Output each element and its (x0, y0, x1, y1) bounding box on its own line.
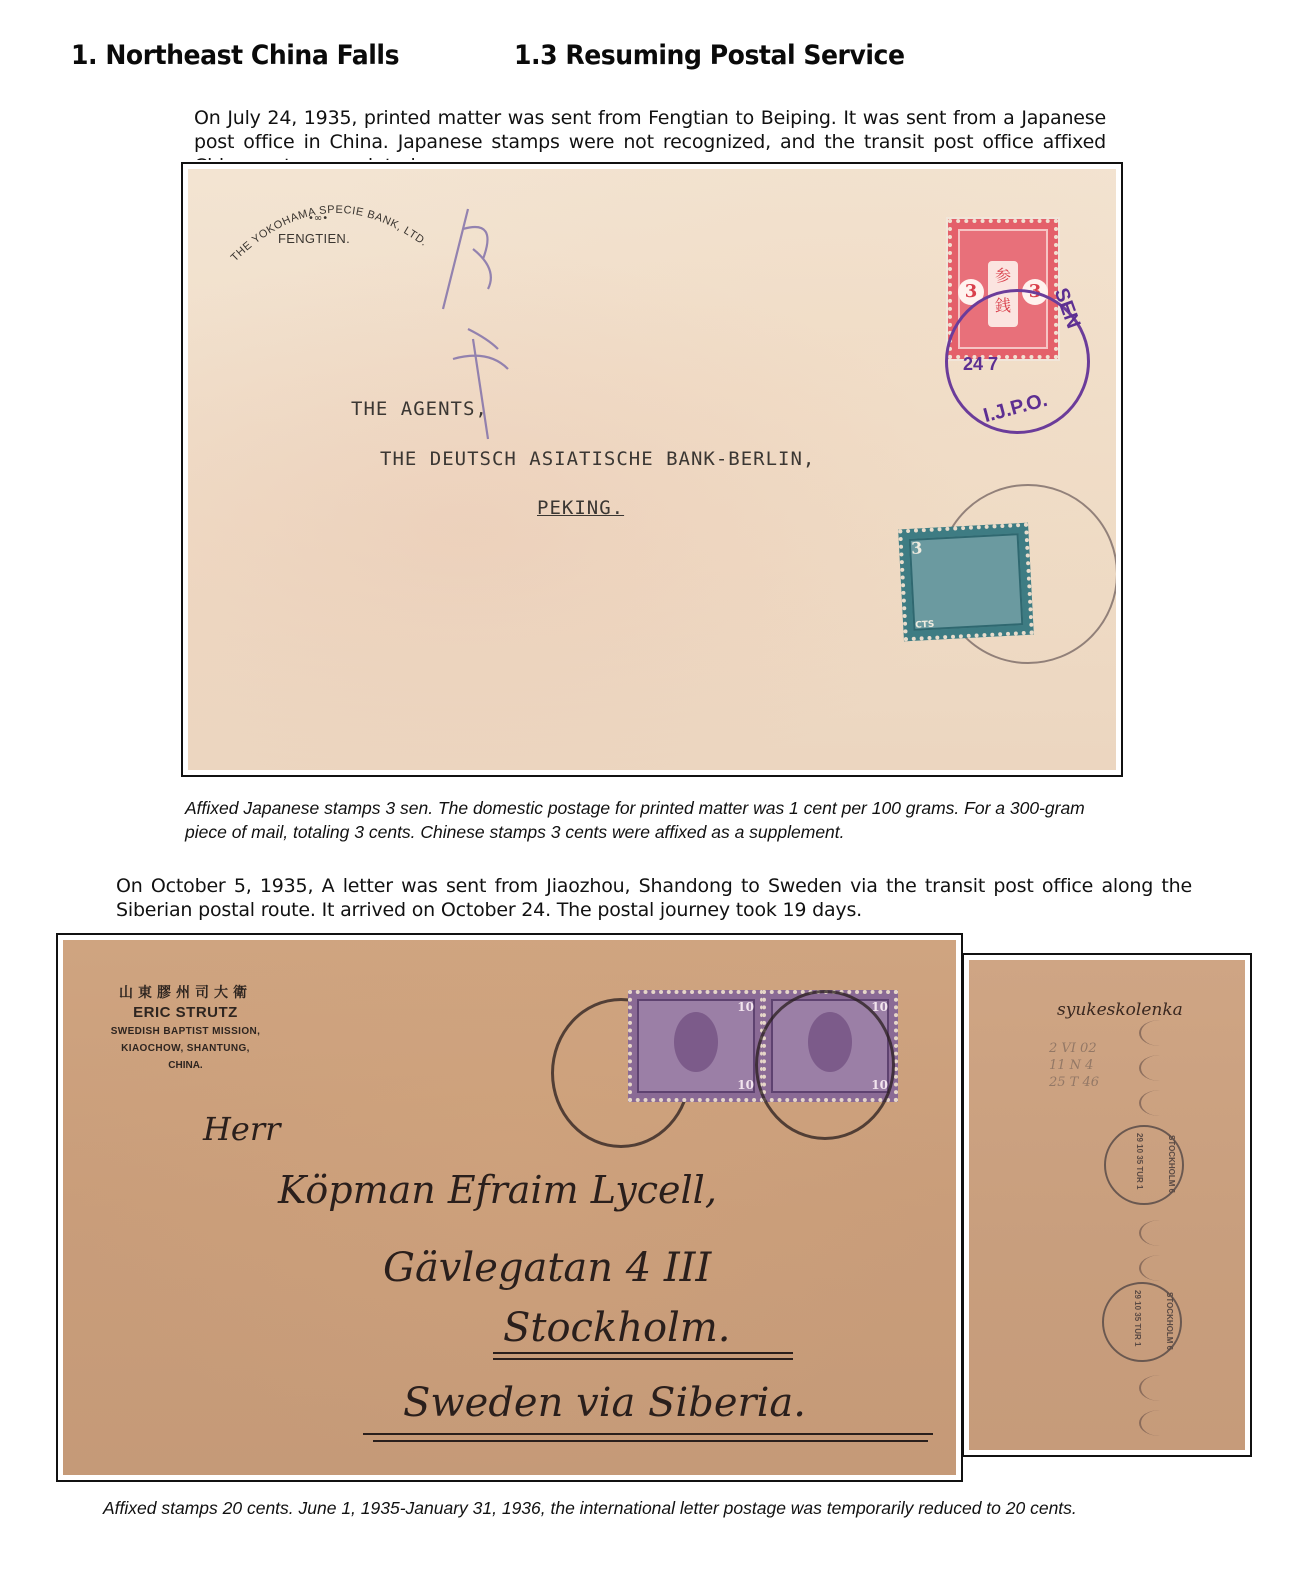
item2-caption: Affixed stamps 20 cents. June 1, 1935-Ja… (103, 1496, 1213, 1520)
letterhead-city: FENGTIEN. (278, 231, 350, 246)
address-line-3: PEKING. (537, 497, 624, 519)
address-line-2: THE DEUTSCH ASIATISCHE BANK-BERLIN, (380, 448, 815, 470)
stamp-value: 10 (737, 1000, 754, 1014)
stockholm-arrival-postmark-1: STOCKHOLM 6 29 10 35 TUR 1 (1104, 1125, 1184, 1205)
postmark-city: STOCKHOLM 6 (1167, 1135, 1176, 1193)
handwriting-salutation: Herr (203, 1110, 280, 1148)
handwriting-street: Gävlegatan 4 III (383, 1245, 711, 1291)
kiaochow-postmark-2 (755, 990, 895, 1140)
item2-intro-text: On October 5, 1935, A letter was sent fr… (116, 874, 1192, 922)
cover-image-kiaochow-stockholm-front: 山東膠州司大衛 ERIC STRUTZ SWEDISH BAPTIST MISS… (56, 933, 963, 1482)
pencil-note: 11 N 4 (1049, 1057, 1099, 1074)
item1-intro-text: On July 24, 1935, printed matter was sen… (194, 106, 1106, 160)
section-title: 1.3 Resuming Postal Service (514, 40, 905, 71)
pencil-note: 2 VI 02 (1049, 1040, 1099, 1057)
sun-yat-sen-stamp-10c-1: 10 10 (628, 990, 764, 1102)
chapter-title: 1. Northeast China Falls (71, 40, 399, 71)
address-line-1: THE AGENTS, (351, 398, 488, 420)
letterhead-name: ERIC STRUTZ (98, 1004, 273, 1021)
underline (363, 1433, 933, 1435)
pencil-notes: 2 VI 02 11 N 4 25 T 46 (1049, 1040, 1099, 1091)
postmark-city: STOCKHOLM 6 (1165, 1292, 1174, 1350)
handwriting-route: Sweden via Siberia. (403, 1380, 806, 1426)
ornament-icon: •∞• (308, 213, 328, 224)
stamp-char-1: 参 (995, 266, 1011, 285)
handwriting-recipient: Köpman Efraim Lycell, (278, 1168, 717, 1212)
letterhead-country: CHINA. (98, 1060, 273, 1071)
item1-caption: Affixed Japanese stamps 3 sen. The domes… (185, 796, 1115, 844)
underline (493, 1358, 793, 1360)
envelope-paper: THE YOKOHAMA SPECIE BANK, LTD. •∞• FENGT… (188, 169, 1116, 770)
postmark-date: 29 10 35 TUR 1 (1133, 1290, 1142, 1346)
handwriting-city: Stockholm. (503, 1305, 730, 1351)
stamp-value: 10 (737, 1078, 754, 1092)
letterhead-chinese: 山東膠州司大衛 (98, 982, 273, 1002)
envelope-paper: 山東膠州司大衛 ERIC STRUTZ SWEDISH BAPTIST MISS… (63, 940, 956, 1475)
chinese-stamp-unit: CTS (915, 620, 935, 631)
envelope-paper: syukeskolenka 2 VI 02 11 N 4 25 T 46 STO… (969, 960, 1245, 1450)
cover-image-back: syukeskolenka 2 VI 02 11 N 4 25 T 46 STO… (962, 953, 1252, 1457)
pencil-note: 25 T 46 (1049, 1074, 1099, 1091)
letterhead-place: KIAOCHOW, SHANTUNG, (98, 1043, 273, 1054)
postmark-date: 29 10 35 TUR 1 (1135, 1133, 1144, 1189)
postmark-date: 24 7 (963, 354, 998, 375)
chinese-stamp-value: 3 (911, 538, 923, 558)
bank-letterhead-arc: THE YOKOHAMA SPECIE BANK, LTD. (210, 177, 440, 277)
letterhead-org: SWEDISH BAPTIST MISSION, (98, 1026, 273, 1037)
stockholm-arrival-postmark-2: STOCKHOLM 6 29 10 35 TUR 1 (1102, 1282, 1182, 1362)
chinese-stamp-3-cents: 3 CTS (898, 523, 1034, 642)
cover-image-fengtian-peking: THE YOKOHAMA SPECIE BANK, LTD. •∞• FENGT… (181, 162, 1123, 777)
back-signature: syukeskolenka (1057, 1000, 1183, 1020)
underline (373, 1440, 928, 1442)
underline (493, 1352, 793, 1354)
